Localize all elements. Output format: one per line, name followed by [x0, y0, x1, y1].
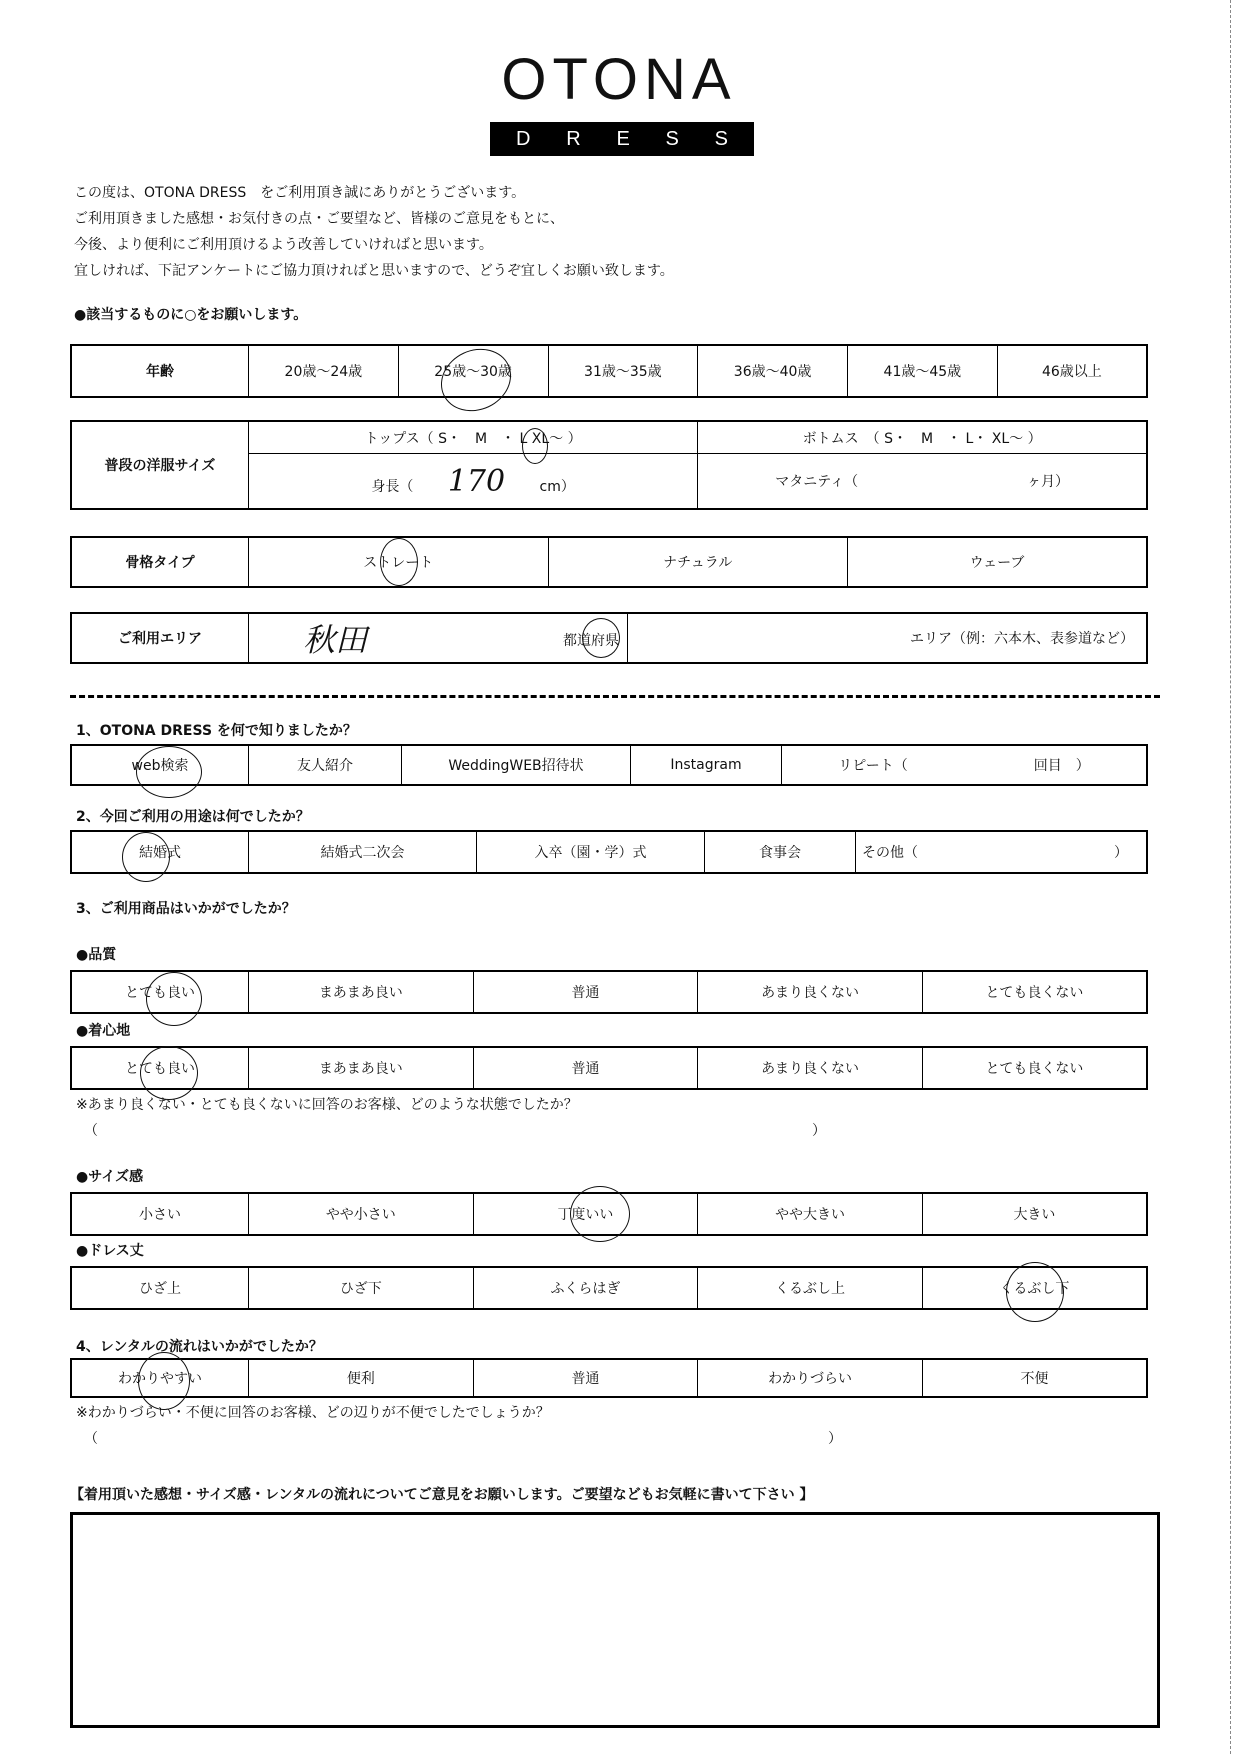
comments-textarea[interactable] — [70, 1512, 1160, 1728]
instruction-text: ●該当するものに○をお願いします。 — [74, 304, 307, 324]
q2-option[interactable]: その他（ ） — [856, 831, 1148, 873]
dress-length-label: ●ドレス丈 — [76, 1240, 144, 1260]
size-feel-option-selected[interactable]: 丁度いい — [473, 1193, 698, 1235]
maternity-unit: ヶ月） — [1027, 474, 1069, 490]
height-value: 170 — [448, 464, 505, 499]
intro-line: 宜しければ、下記アンケートにご協力頂ければと思いますので、どうぞ宜しくお願い致し… — [74, 258, 674, 284]
quality-option[interactable]: 普通 — [473, 971, 698, 1013]
body-type-option-selected[interactable]: ストレート — [249, 537, 549, 587]
comfort-option[interactable]: 普通 — [473, 1047, 698, 1089]
brand-logo-subtitle: D R E S S — [490, 122, 754, 156]
q3-followup-open: （ — [84, 1120, 98, 1140]
tops-size-suffix: XL～ ） — [532, 431, 582, 447]
comfort-table: とても良い まあまあ良い 普通 あまり良くない とても良くない — [70, 1046, 1148, 1090]
q4-option[interactable]: 便利 — [249, 1359, 474, 1397]
body-type-option[interactable]: ウェーブ — [848, 537, 1148, 587]
quality-option[interactable]: とても良くない — [922, 971, 1147, 1013]
dress-length-option-selected[interactable]: くるぶし下 — [922, 1267, 1147, 1309]
q4-option[interactable]: わかりづらい — [698, 1359, 923, 1397]
age-option[interactable]: 36歳～40歳 — [698, 345, 848, 397]
dress-length-option[interactable]: ふくらはぎ — [473, 1267, 698, 1309]
logo-letter: R — [566, 128, 580, 151]
body-type-label: 骨格タイプ — [71, 537, 249, 587]
page-edge — [1230, 0, 1231, 1754]
prefecture-field[interactable]: 秋田 都道府県 — [249, 613, 628, 663]
size-feel-option[interactable]: 小さい — [71, 1193, 249, 1235]
height-unit: cm） — [540, 479, 575, 495]
age-label: 年齢 — [71, 345, 249, 397]
q1-option[interactable]: リピート（ 回目 ） — [782, 745, 1148, 785]
q2-option[interactable]: 入卒（園・学）式 — [477, 831, 705, 873]
logo-letter: S — [715, 128, 728, 151]
q2-table: 結婚式 結婚式二次会 入卒（園・学）式 食事会 その他（ ） — [70, 830, 1148, 874]
q2-option-selected[interactable]: 結婚式 — [71, 831, 249, 873]
age-option[interactable]: 41歳～45歳 — [848, 345, 998, 397]
q1-option[interactable]: WeddingWEB招待状 — [402, 745, 631, 785]
comfort-label: ●着心地 — [76, 1020, 130, 1040]
q4-option[interactable]: 普通 — [473, 1359, 698, 1397]
quality-option[interactable]: あまり良くない — [698, 971, 923, 1013]
quality-label: ●品質 — [76, 944, 116, 964]
age-option[interactable]: 31歳～35歳 — [548, 345, 698, 397]
prefecture-suffix: 都道府県 — [563, 630, 619, 650]
tops-size-label: トップス（ S・ M ・ — [365, 431, 515, 447]
comfort-option[interactable]: とても良くない — [922, 1047, 1147, 1089]
area-table: ご利用エリア 秋田 都道府県 エリア（例：六本木、表参道など） — [70, 612, 1148, 664]
q1-title: 1、OTONA DRESS を何で知りましたか？ — [76, 720, 357, 740]
q3-followup-input[interactable] — [100, 1118, 800, 1140]
size-table: 普段の洋服サイズ トップス（ S・ M ・ L XL～ ） ボトムス （ S・ … — [70, 420, 1148, 510]
comfort-option[interactable]: まあまあ良い — [249, 1047, 474, 1089]
height-label: 身長（ — [371, 479, 413, 495]
quality-option-selected[interactable]: とても良い — [71, 971, 249, 1013]
dress-length-option[interactable]: くるぶし上 — [698, 1267, 923, 1309]
q4-title: 4、レンタルの流れはいかがでしたか？ — [76, 1336, 323, 1356]
q1-option-selected[interactable]: web検索 — [71, 745, 249, 785]
size-feel-table: 小さい やや小さい 丁度いい やや大きい 大きい — [70, 1192, 1148, 1236]
maternity-label: マタニティ（ — [775, 474, 858, 490]
size-label: 普段の洋服サイズ — [71, 421, 249, 509]
quality-table: とても良い まあまあ良い 普通 あまり良くない とても良くない — [70, 970, 1148, 1014]
q2-title: 2、今回ご利用の用途は何でしたか？ — [76, 806, 310, 826]
intro-line: この度は、OTONA DRESS をご利用頂き誠にありがとうございます。 — [74, 180, 674, 206]
comments-title: 【着用頂いた感想・サイズ感・レンタルの流れについてご意見をお願いします。ご要望な… — [70, 1484, 813, 1504]
q3-followup-close: ） — [812, 1120, 826, 1140]
comfort-option[interactable]: あまり良くない — [698, 1047, 923, 1089]
q1-option[interactable]: Instagram — [631, 745, 782, 785]
body-type-option[interactable]: ナチュラル — [548, 537, 848, 587]
size-feel-option[interactable]: 大きい — [922, 1193, 1147, 1235]
tops-size-selected: L — [520, 431, 528, 447]
comfort-option-selected[interactable]: とても良い — [71, 1047, 249, 1089]
q4-table: わかりやすい 便利 普通 わかりづらい 不便 — [70, 1358, 1148, 1398]
size-feel-option[interactable]: やや小さい — [249, 1193, 474, 1235]
age-option[interactable]: 20歳～24歳 — [249, 345, 399, 397]
body-type-table: 骨格タイプ ストレート ナチュラル ウェーブ — [70, 536, 1148, 588]
area-field[interactable]: エリア（例：六本木、表参道など） — [628, 613, 1148, 663]
q3-followup: ※あまり良くない・とても良くないに回答のお客様、どのような状態でしたか？ — [76, 1094, 578, 1114]
logo-letter: S — [666, 128, 679, 151]
q4-followup-input[interactable] — [100, 1426, 820, 1448]
age-option-selected[interactable]: 25歳～30歳 — [398, 345, 548, 397]
dress-length-option[interactable]: ひざ下 — [249, 1267, 474, 1309]
q4-option[interactable]: 不便 — [922, 1359, 1147, 1397]
tops-size-field[interactable]: トップス（ S・ M ・ L XL～ ） — [249, 421, 698, 454]
prefecture-value: 秋田 — [303, 621, 367, 659]
q4-followup-close: ） — [828, 1428, 842, 1448]
quality-option[interactable]: まあまあ良い — [249, 971, 474, 1013]
intro-line: ご利用頂きました感想・お気付きの点・ご要望など、皆様のご意見をもとに、 — [74, 206, 674, 232]
size-feel-option[interactable]: やや大きい — [698, 1193, 923, 1235]
age-option[interactable]: 46歳以上 — [997, 345, 1147, 397]
area-label: ご利用エリア — [71, 613, 249, 663]
height-field[interactable]: 身長（ 170 cm） — [249, 454, 698, 509]
age-table: 年齢 20歳～24歳 25歳～30歳 31歳～35歳 36歳～40歳 41歳～4… — [70, 344, 1148, 398]
section-divider — [70, 695, 1160, 698]
q3-title: 3、ご利用商品はいかがでしたか？ — [76, 898, 296, 918]
logo-letter: D — [516, 128, 530, 151]
intro-line: 今後、より便利にご利用頂けるよう改善していければと思います。 — [74, 232, 674, 258]
q1-table: web検索 友人紹介 WeddingWEB招待状 Instagram リピート（… — [70, 744, 1148, 786]
brand-logo-title: OTONA — [484, 48, 754, 112]
q4-option-selected[interactable]: わかりやすい — [71, 1359, 249, 1397]
dress-length-option[interactable]: ひざ上 — [71, 1267, 249, 1309]
q2-option[interactable]: 結婚式二次会 — [249, 831, 477, 873]
q4-followup: ※わかりづらい・不便に回答のお客様、どの辺りが不便でしたでしょうか？ — [76, 1402, 550, 1422]
q4-followup-open: （ — [84, 1428, 98, 1448]
q1-option[interactable]: 友人紹介 — [249, 745, 402, 785]
q2-option[interactable]: 食事会 — [705, 831, 856, 873]
size-feel-label: ●サイズ感 — [76, 1166, 143, 1186]
logo-letter: E — [616, 128, 629, 151]
intro-text: この度は、OTONA DRESS をご利用頂き誠にありがとうございます。 ご利用… — [74, 180, 674, 284]
bottoms-size-field[interactable]: ボトムス （ S・ M ・ L・ XL～ ） — [698, 421, 1147, 454]
maternity-field[interactable]: マタニティ（ ヶ月） — [698, 454, 1147, 509]
dress-length-table: ひざ上 ひざ下 ふくらはぎ くるぶし上 くるぶし下 — [70, 1266, 1148, 1310]
